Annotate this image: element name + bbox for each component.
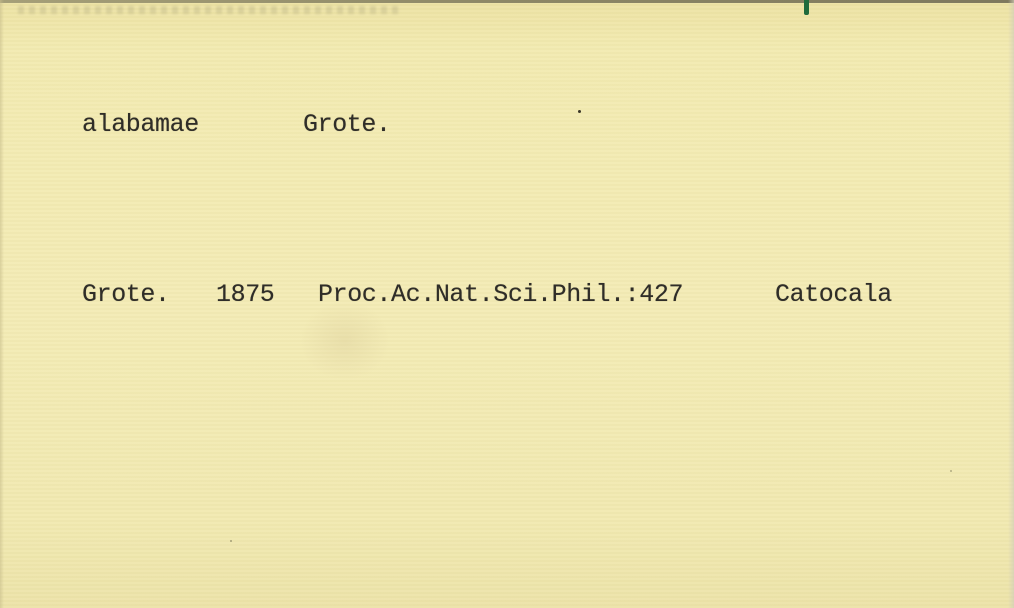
card-left-edge bbox=[0, 0, 4, 608]
card-right-edge bbox=[1008, 0, 1014, 608]
index-card: alabamae Grote. Grote. 1875 Proc.Ac.Nat.… bbox=[0, 0, 1014, 608]
ink-speck bbox=[230, 540, 232, 542]
citation-author: Grote. bbox=[82, 280, 170, 309]
species-author: Grote. bbox=[303, 110, 391, 139]
original-genus: Catocala bbox=[775, 280, 892, 309]
green-tab-marker bbox=[804, 0, 809, 15]
card-top-edge bbox=[0, 0, 1014, 3]
paper-stain bbox=[300, 300, 390, 380]
card-top-smudge bbox=[18, 6, 398, 14]
citation-reference: Proc.Ac.Nat.Sci.Phil.:427 bbox=[318, 280, 683, 309]
species-name: alabamae bbox=[82, 110, 199, 139]
ink-speck bbox=[950, 470, 952, 472]
ink-speck bbox=[578, 110, 581, 113]
citation-year: 1875 bbox=[216, 280, 274, 309]
